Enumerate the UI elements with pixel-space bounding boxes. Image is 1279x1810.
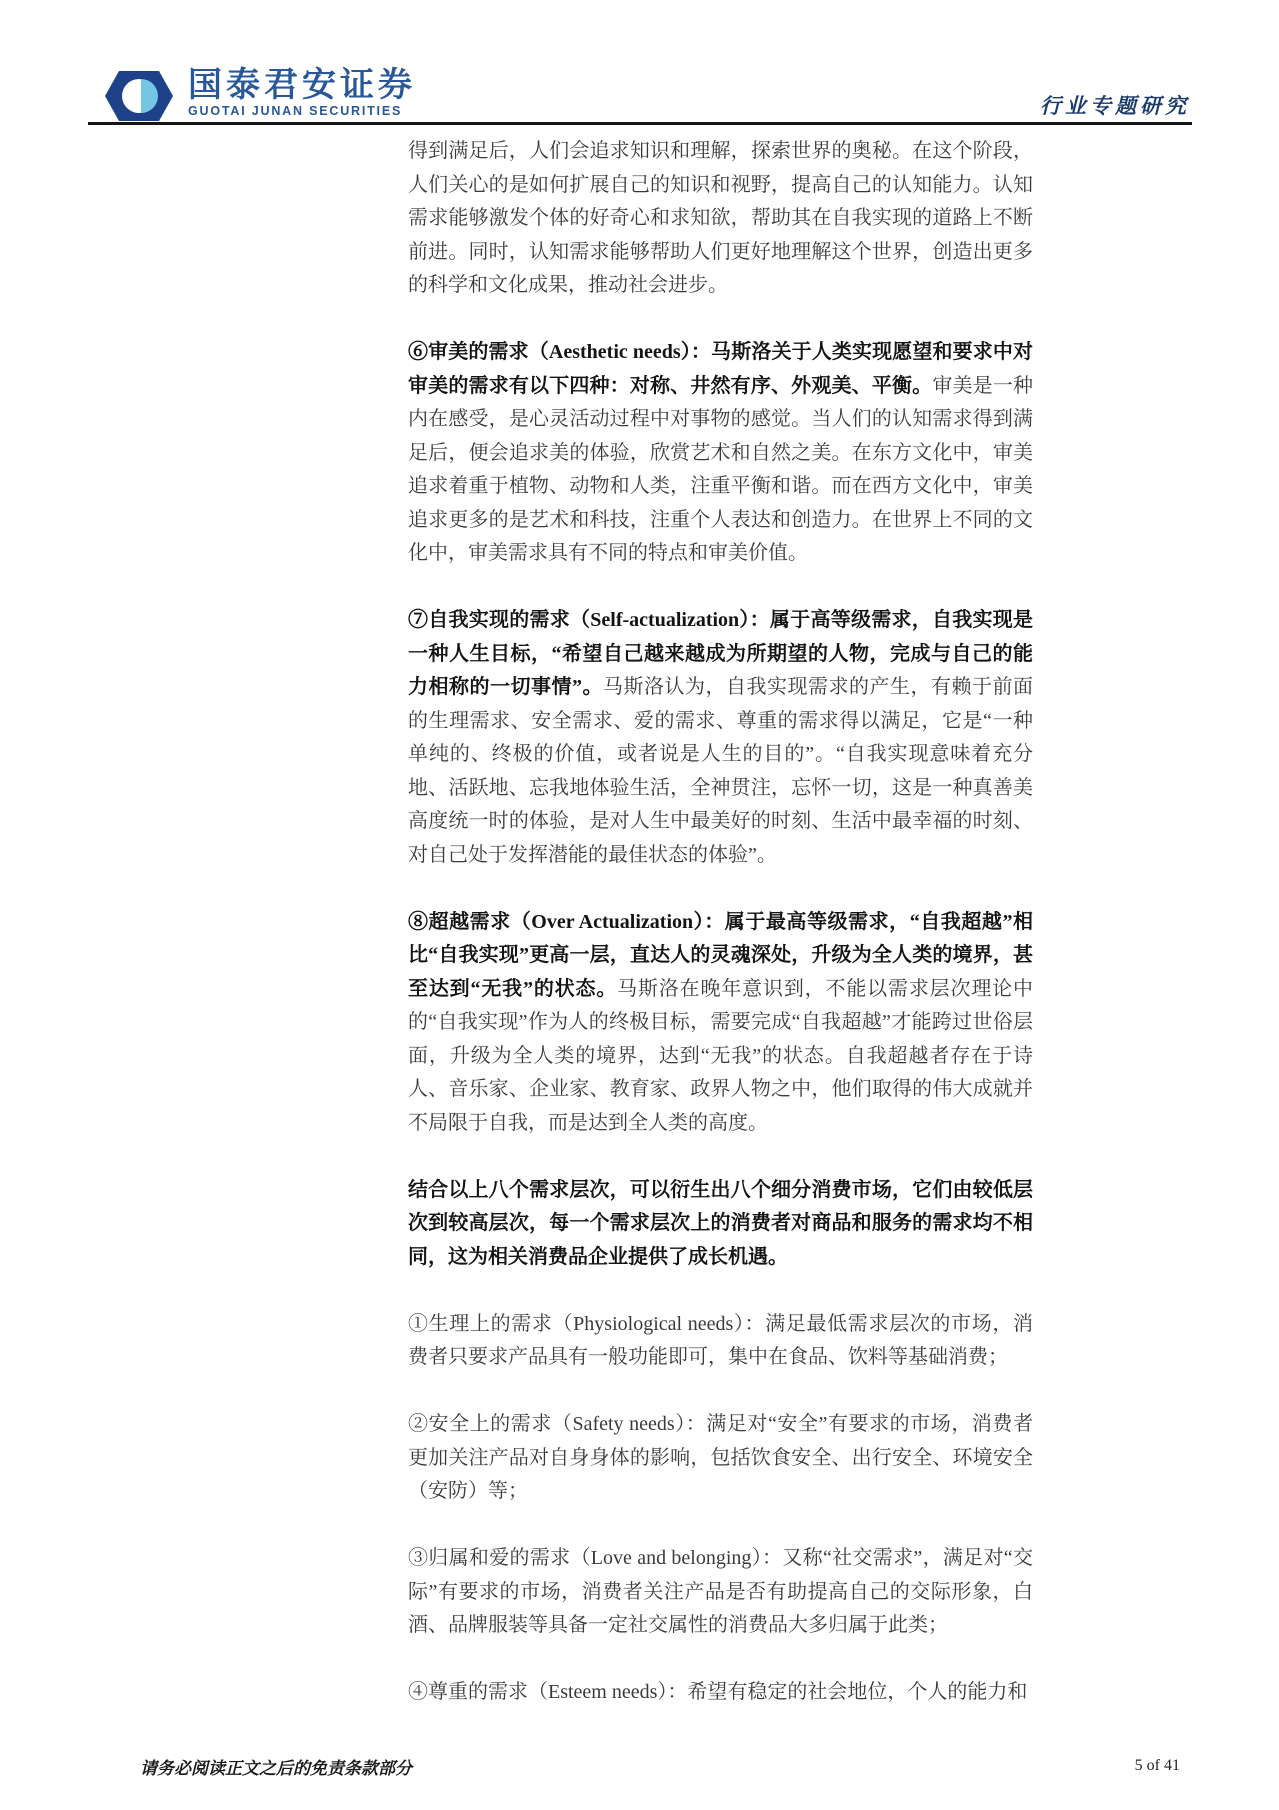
header-divider — [88, 122, 1192, 125]
para-market-love-belonging: ③归属和爱的需求（Love and belonging）：又称“社交需求”，满足… — [408, 1542, 1033, 1643]
text-segment: ①生理上的需求（Physiological needs）：满足最低需求层次的市场… — [408, 1313, 1033, 1369]
text-segment: 马斯洛在晚年意识到，不能以需求层次理论中的“自我实现”作为人的终极目标，需要完成… — [408, 978, 1033, 1134]
text-segment: 得到满足后，人们会追求知识和理解，探索世界的奥秘。在这个阶段，人们关心的是如何扩… — [408, 140, 1033, 296]
para-market-esteem: ④尊重的需求（Esteem needs）：希望有稳定的社会地位，个人的能力和 — [408, 1676, 1033, 1710]
bold-text-segment: 结合以上八个需求层次，可以衍生出八个细分消费市场，它们由较低层次到较高层次，每一… — [408, 1179, 1033, 1268]
text-segment: ②安全上的需求（Safety needs）：满足对“安全”有要求的市场，消费者更… — [408, 1413, 1033, 1502]
text-segment: 审美是一种内在感受，是心灵活动过程中对事物的感觉。当人们的认知需求得到满足后，便… — [408, 375, 1033, 565]
text-segment: 马斯洛认为，自我实现需求的产生，有赖于前面的生理需求、安全需求、爱的需求、尊重的… — [408, 676, 1033, 866]
guotai-junan-logo-icon — [105, 70, 173, 122]
para-self-actualization: ⑦自我实现的需求（Self-actualization）：属于高等级需求，自我实… — [408, 604, 1033, 872]
footer-disclaimer: 请务必阅读正文之后的免责条款部分 — [140, 1754, 412, 1779]
para-over-actualization: ⑧超越需求（Over Actualization）：属于最高等级需求，“自我超越… — [408, 906, 1033, 1141]
para-market-safety: ②安全上的需求（Safety needs）：满足对“安全”有要求的市场，消费者更… — [408, 1408, 1033, 1509]
page-number: 5 of 41 — [1135, 1757, 1180, 1775]
body-content: 得到满足后，人们会追求知识和理解，探索世界的奥秘。在这个阶段，人们关心的是如何扩… — [408, 135, 1033, 1743]
para-market-physiological: ①生理上的需求（Physiological needs）：满足最低需求层次的市场… — [408, 1308, 1033, 1375]
para-eight-markets-summary: 结合以上八个需求层次，可以衍生出八个细分消费市场，它们由较低层次到较高层次，每一… — [408, 1174, 1033, 1275]
text-segment: ④尊重的需求（Esteem needs）：希望有稳定的社会地位，个人的能力和 — [408, 1681, 1027, 1703]
text-segment: ③归属和爱的需求（Love and belonging）：又称“社交需求”，满足… — [408, 1547, 1033, 1636]
para-aesthetic-needs: ⑥审美的需求（Aesthetic needs）：马斯洛关于人类实现愿望和要求中对… — [408, 336, 1033, 571]
brand-logo-text: 国泰君安证券 GUOTAI JUNAN SECURITIES — [188, 66, 416, 119]
report-page: 国泰君安证券 GUOTAI JUNAN SECURITIES 行业专题研究 得到… — [0, 0, 1279, 1810]
report-type-label: 行业专题研究 — [1040, 90, 1190, 120]
para-cognitive-needs-continuation: 得到满足后，人们会追求知识和理解，探索世界的奥秘。在这个阶段，人们关心的是如何扩… — [408, 135, 1033, 303]
brand-name-cn: 国泰君安证券 — [188, 66, 416, 104]
brand-name-en: GUOTAI JUNAN SECURITIES — [188, 104, 416, 119]
